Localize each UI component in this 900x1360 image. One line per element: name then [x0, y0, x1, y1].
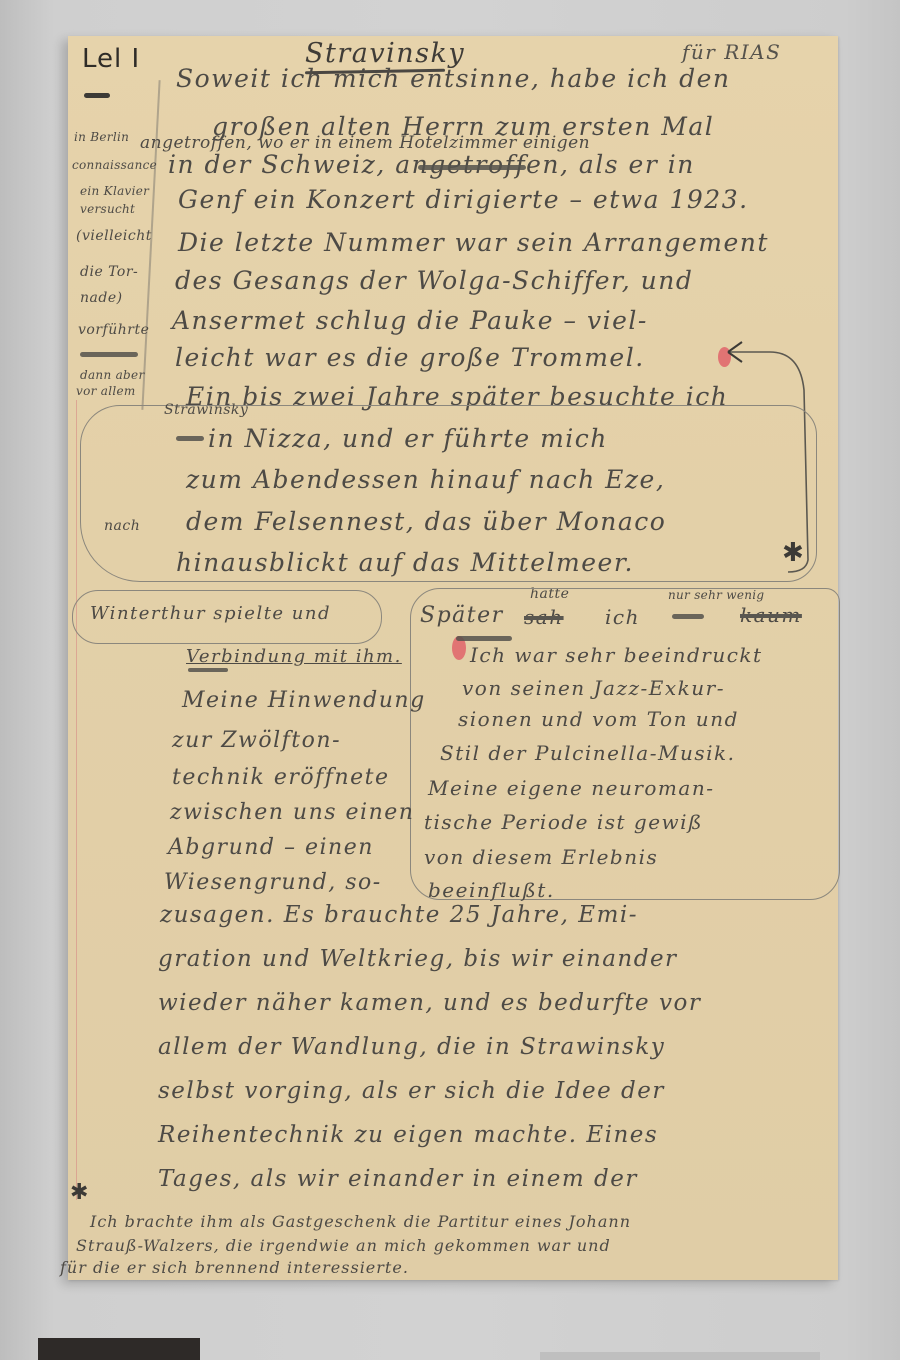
struck-margin-note	[80, 352, 138, 357]
column-line: Meine Hinwendung	[182, 688, 426, 713]
interlinear-insert: Strawinsky	[164, 402, 248, 418]
margin-note: vorführte	[78, 322, 149, 338]
margin-note: ein Klavier	[80, 184, 149, 198]
footnote-line: Ich brachte ihm als Gastgeschenk die Par…	[90, 1212, 631, 1231]
struck-word	[188, 668, 228, 672]
body-line: dem Felsennest, das über Monaco	[186, 507, 666, 536]
body-line: zusagen. Es brauchte 25 Jahre, Emi-	[160, 902, 638, 928]
body-line: gration und Weltkrieg, bis wir einander	[158, 946, 678, 972]
body-line: Reihentechnik zu eigen machte. Eines	[158, 1122, 658, 1148]
margin-note: versucht	[80, 202, 135, 216]
margin-note: dann aber	[80, 368, 144, 382]
body-line: Die letzte Nummer war sein Arrangement	[178, 228, 769, 257]
margin-note: die Tor-	[80, 264, 138, 280]
red-margin-line	[76, 400, 77, 1200]
struck-word	[176, 436, 204, 441]
margin-note: in Berlin	[74, 130, 129, 144]
corner-label-underline	[84, 93, 110, 98]
footnote-line: Strauß-Walzers, die irgendwie an mich ge…	[76, 1236, 611, 1255]
body-line: selbst vorging, als er sich die Idee der	[158, 1078, 665, 1104]
margin-note: connaissance	[72, 158, 157, 172]
column-line: Ich war sehr beeindruckt	[470, 643, 763, 667]
column-line: Abgrund – einen	[168, 835, 374, 860]
column-line: sionen und vom Ton und	[458, 707, 739, 731]
body-line: allem der Wandlung, die in Strawinsky	[158, 1034, 665, 1060]
body-line: wieder näher kamen, und es bedurfte vor	[158, 990, 701, 1016]
margin-note: vor allem	[76, 384, 136, 398]
body-line: leicht war es die große Trommel.	[175, 343, 645, 372]
margin-note: (vielleicht	[76, 228, 152, 244]
struck-word	[456, 636, 512, 641]
column-line: von diesem Erlebnis	[424, 845, 658, 869]
margin-note: nade)	[80, 290, 123, 306]
column-line: zur Zwölfton-	[172, 728, 341, 753]
body-line: des Gesangs der Wolga-Schiffer, und	[175, 266, 693, 295]
corner-label: Lel I	[82, 44, 140, 74]
body-line: in Nizza, und er führte mich	[208, 424, 608, 453]
column-line: tische Periode ist gewiß	[424, 810, 703, 834]
body-line: zum Abendessen hinauf nach Eze,	[186, 465, 665, 494]
body-line: hinausblickt auf das Mittelmeer.	[176, 548, 634, 577]
column-line: technik eröffnete	[172, 765, 390, 790]
body-line: Soweit ich mich entsinne, habe ich den	[176, 64, 731, 93]
body-line: Genf ein Konzert dirigierte – etwa 1923.	[178, 185, 749, 214]
annotation-top-right: für RIAS	[682, 40, 781, 64]
column-line: zwischen uns einen	[170, 800, 414, 825]
winterthur-note: Winterthur spielte und	[90, 603, 331, 624]
struck-word	[418, 165, 526, 170]
adjacent-document-edge	[540, 1352, 820, 1360]
column-line: Meine eigene neuroman-	[428, 776, 714, 800]
column-line: beeinflußt.	[428, 878, 555, 902]
body-line: Ansermet schlug die Pauke – viel-	[172, 306, 648, 335]
insert-mark-icon: ✱	[70, 1180, 88, 1205]
column-line: Wiesengrund, so-	[164, 870, 382, 895]
column-line: Verbindung mit ihm.	[186, 646, 402, 667]
column-line: von seinen Jazz-Exkur-	[462, 676, 725, 700]
adjacent-document-edge	[38, 1338, 200, 1360]
body-line: Tages, als wir einander in einem der	[158, 1166, 638, 1192]
margin-word: nach	[104, 518, 140, 534]
footnote-line: für die er sich brennend interessierte.	[60, 1258, 409, 1277]
column-line: Stil der Pulcinella-Musik.	[440, 741, 735, 765]
insert-mark-icon: ✱	[782, 538, 804, 568]
